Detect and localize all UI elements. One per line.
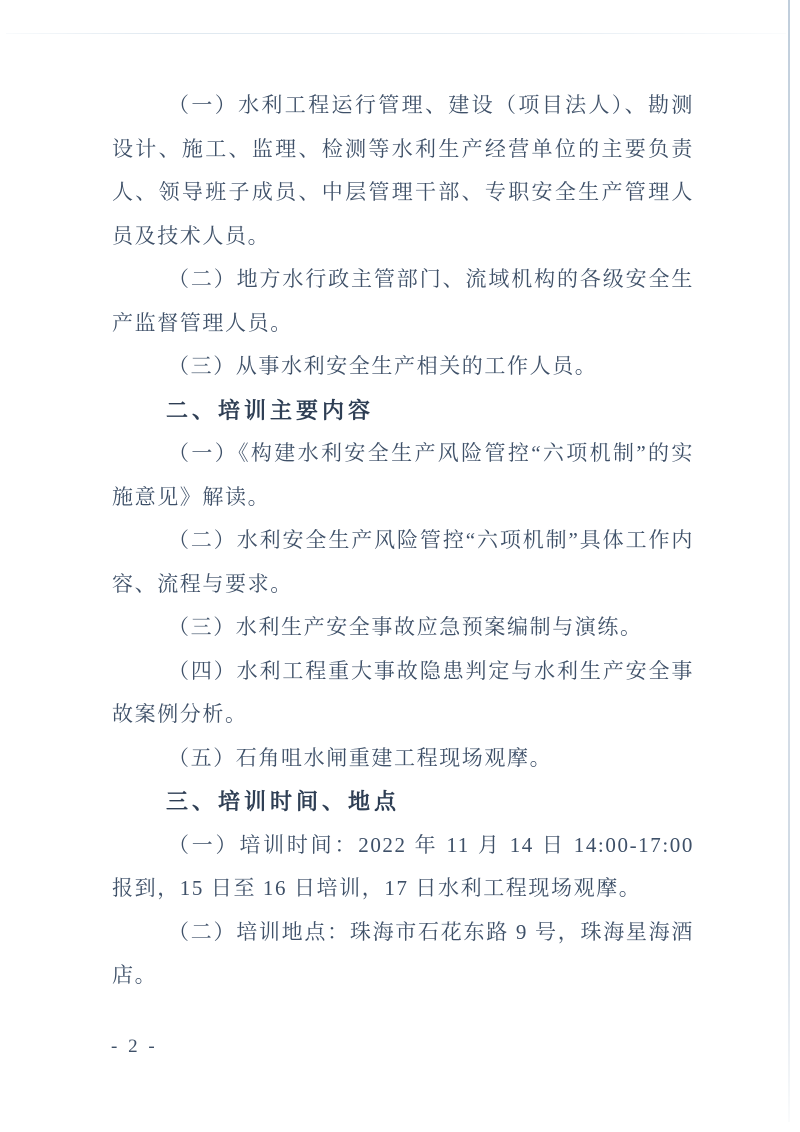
page-number: - 2 - xyxy=(111,1036,158,1058)
section-heading-training-content: 二、培训主要内容 xyxy=(112,389,694,433)
paragraph-content-3: （三）水利生产安全事故应急预案编制与演练。 xyxy=(112,606,694,650)
paragraph-trainees-1: （一）水利工程运行管理、建设（项目法人）、勘测设计、施工、监理、检测等水利生产经… xyxy=(112,84,694,258)
paragraph-content-4: （四）水利工程重大事故隐患判定与水利生产安全事故案例分析。 xyxy=(112,650,694,737)
paragraph-content-1: （一）《构建水利安全生产风险管控“六项机制”的实施意见》解读。 xyxy=(112,432,694,519)
paragraph-trainees-3: （三）从事水利安全生产相关的工作人员。 xyxy=(112,345,694,389)
scan-artifact-right-line xyxy=(788,0,790,1122)
paragraph-content-2: （二）水利安全生产风险管控“六项机制”具体工作内容、流程与要求。 xyxy=(112,519,694,606)
document-body: （一）水利工程运行管理、建设（项目法人）、勘测设计、施工、监理、检测等水利生产经… xyxy=(112,84,694,998)
section-heading-time-place: 三、培训时间、地点 xyxy=(112,780,694,824)
paragraph-content-5: （五）石角咀水闸重建工程现场观摩。 xyxy=(112,737,694,781)
document-page: （一）水利工程运行管理、建设（项目法人）、勘测设计、施工、监理、检测等水利生产经… xyxy=(0,0,800,1132)
paragraph-time: （一）培训时间：2022 年 11 月 14 日 14:00-17:00 报到，… xyxy=(112,824,694,911)
paragraph-place: （二）培训地点：珠海市石花东路 9 号，珠海星海酒店。 xyxy=(112,911,694,998)
paragraph-trainees-2: （二）地方水行政主管部门、流域机构的各级安全生产监督管理人员。 xyxy=(112,258,694,345)
scan-artifact-top-line xyxy=(6,33,786,34)
